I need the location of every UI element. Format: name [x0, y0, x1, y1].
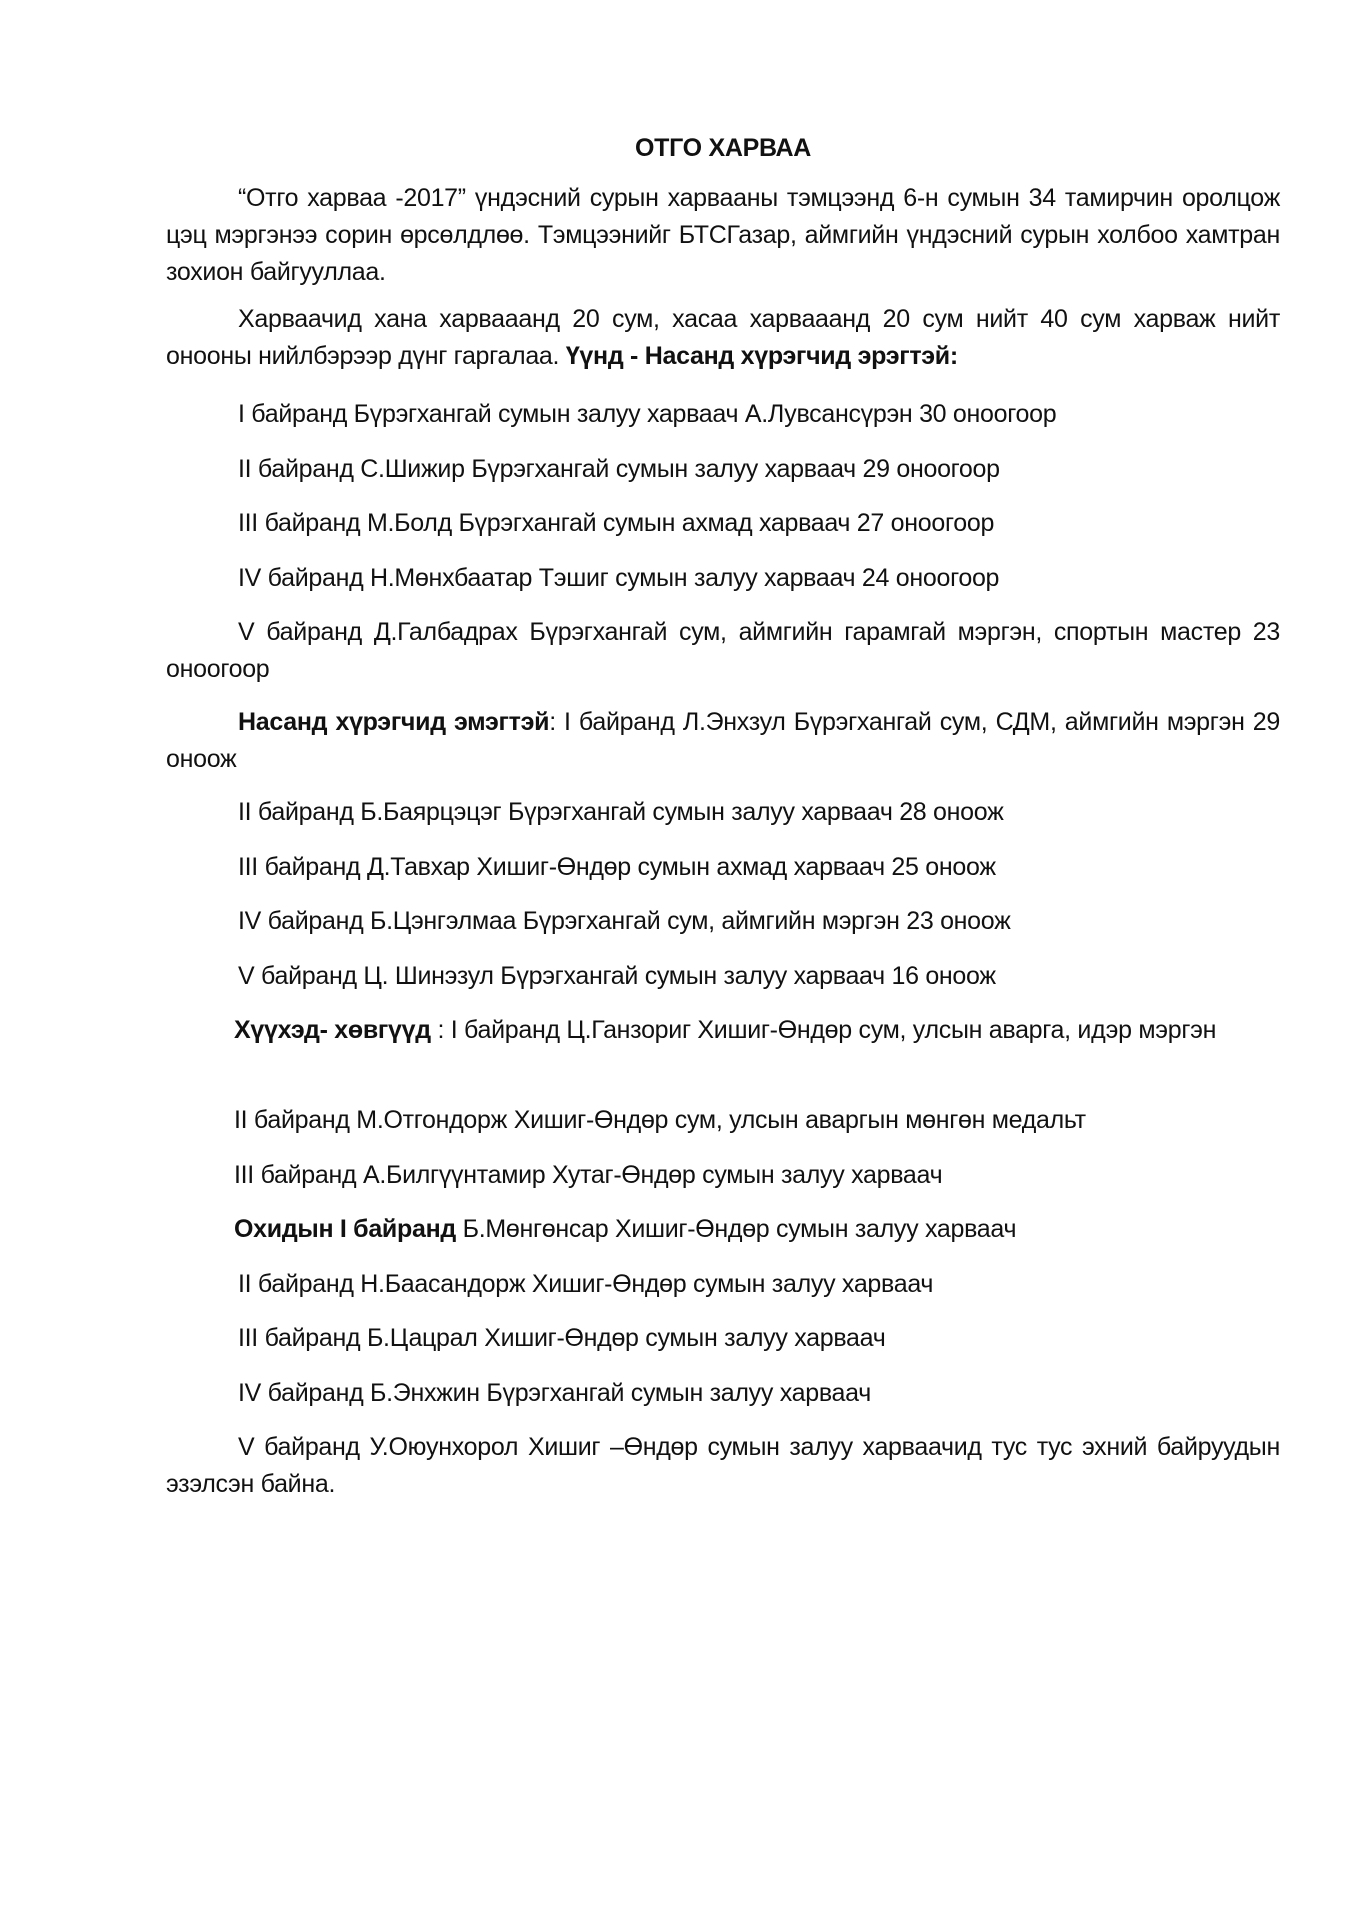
women-paragraph: Насанд хүрэгчид эмэгтэй: I байранд Л.Энх…: [166, 704, 1280, 778]
men-place-4: IV байранд Н.Мөнхбаатар Тэшиг сумын залу…: [238, 560, 999, 597]
men-place-1: I байранд Бүрэгхангай сумын залуу харваа…: [238, 396, 1056, 433]
men-place-3: III байранд М.Болд Бүрэгхангай сумын ахм…: [238, 505, 994, 542]
boys-place-3: III байранд А.Билгүүнтамир Хутаг-Өндөр с…: [234, 1157, 942, 1194]
women-place-5: V байранд Ц. Шинэзул Бүрэгхангай сумын з…: [238, 958, 996, 995]
girls-place-3: III байранд Б.Цацрал Хишиг-Өндөр сумын з…: [238, 1320, 885, 1357]
boys-place-1: : I байранд Ц.Ганзориг Хишиг-Өндөр сум, …: [431, 1016, 1216, 1044]
girls-place-5: V байранд У.Оюунхорол Хишиг –Өндөр сумын…: [166, 1429, 1280, 1503]
intro-paragraph: “Отго харваа -2017” үндэсний сурын харва…: [166, 180, 1280, 291]
rules-paragraph: Харваачид хана харвааанд 20 сум, хасаа х…: [166, 301, 1280, 375]
girls-place-4: IV байранд Б.Энхжин Бүрэгхангай сумын за…: [238, 1375, 871, 1412]
women-place-4: IV байранд Б.Цэнгэлмаа Бүрэгхангай сум, …: [238, 903, 1011, 940]
women-place-2: II байранд Б.Баярцэцэг Бүрэгхангай сумын…: [238, 794, 1004, 831]
men-place-2: II байранд С.Шижир Бүрэгхангай сумын зал…: [238, 451, 1000, 488]
men-heading: Үүнд - Насанд хүрэгчид эрэгтэй:: [566, 342, 958, 370]
girls-place-1-line: Охидын I байранд Б.Мөнгөнсар Хишиг-Өндөр…: [234, 1211, 1016, 1248]
men-place-5: V байранд Д.Галбадрах Бүрэгхангай сум, а…: [166, 614, 1280, 688]
boys-place-2: II байранд М.Отгондорж Хишиг-Өндөр сум, …: [234, 1102, 1086, 1139]
girls-heading: Охидын I байранд: [234, 1215, 456, 1243]
women-place-3: III байранд Д.Тавхар Хишиг-Өндөр сумын а…: [238, 849, 996, 886]
women-heading: Насанд хүрэгчид эмэгтэй: [238, 708, 549, 736]
boys-heading: Хүүхэд- хөвгүүд: [234, 1016, 431, 1044]
girls-place-2: II байранд Н.Баасандорж Хишиг-Өндөр сумы…: [238, 1266, 933, 1303]
boys-paragraph: Хүүхэд- хөвгүүд : I байранд Ц.Ганзориг Х…: [166, 1012, 1280, 1049]
document-title: ОТГО ХАРВАА: [166, 134, 1280, 163]
girls-place-1: Б.Мөнгөнсар Хишиг-Өндөр сумын залуу харв…: [456, 1215, 1016, 1243]
